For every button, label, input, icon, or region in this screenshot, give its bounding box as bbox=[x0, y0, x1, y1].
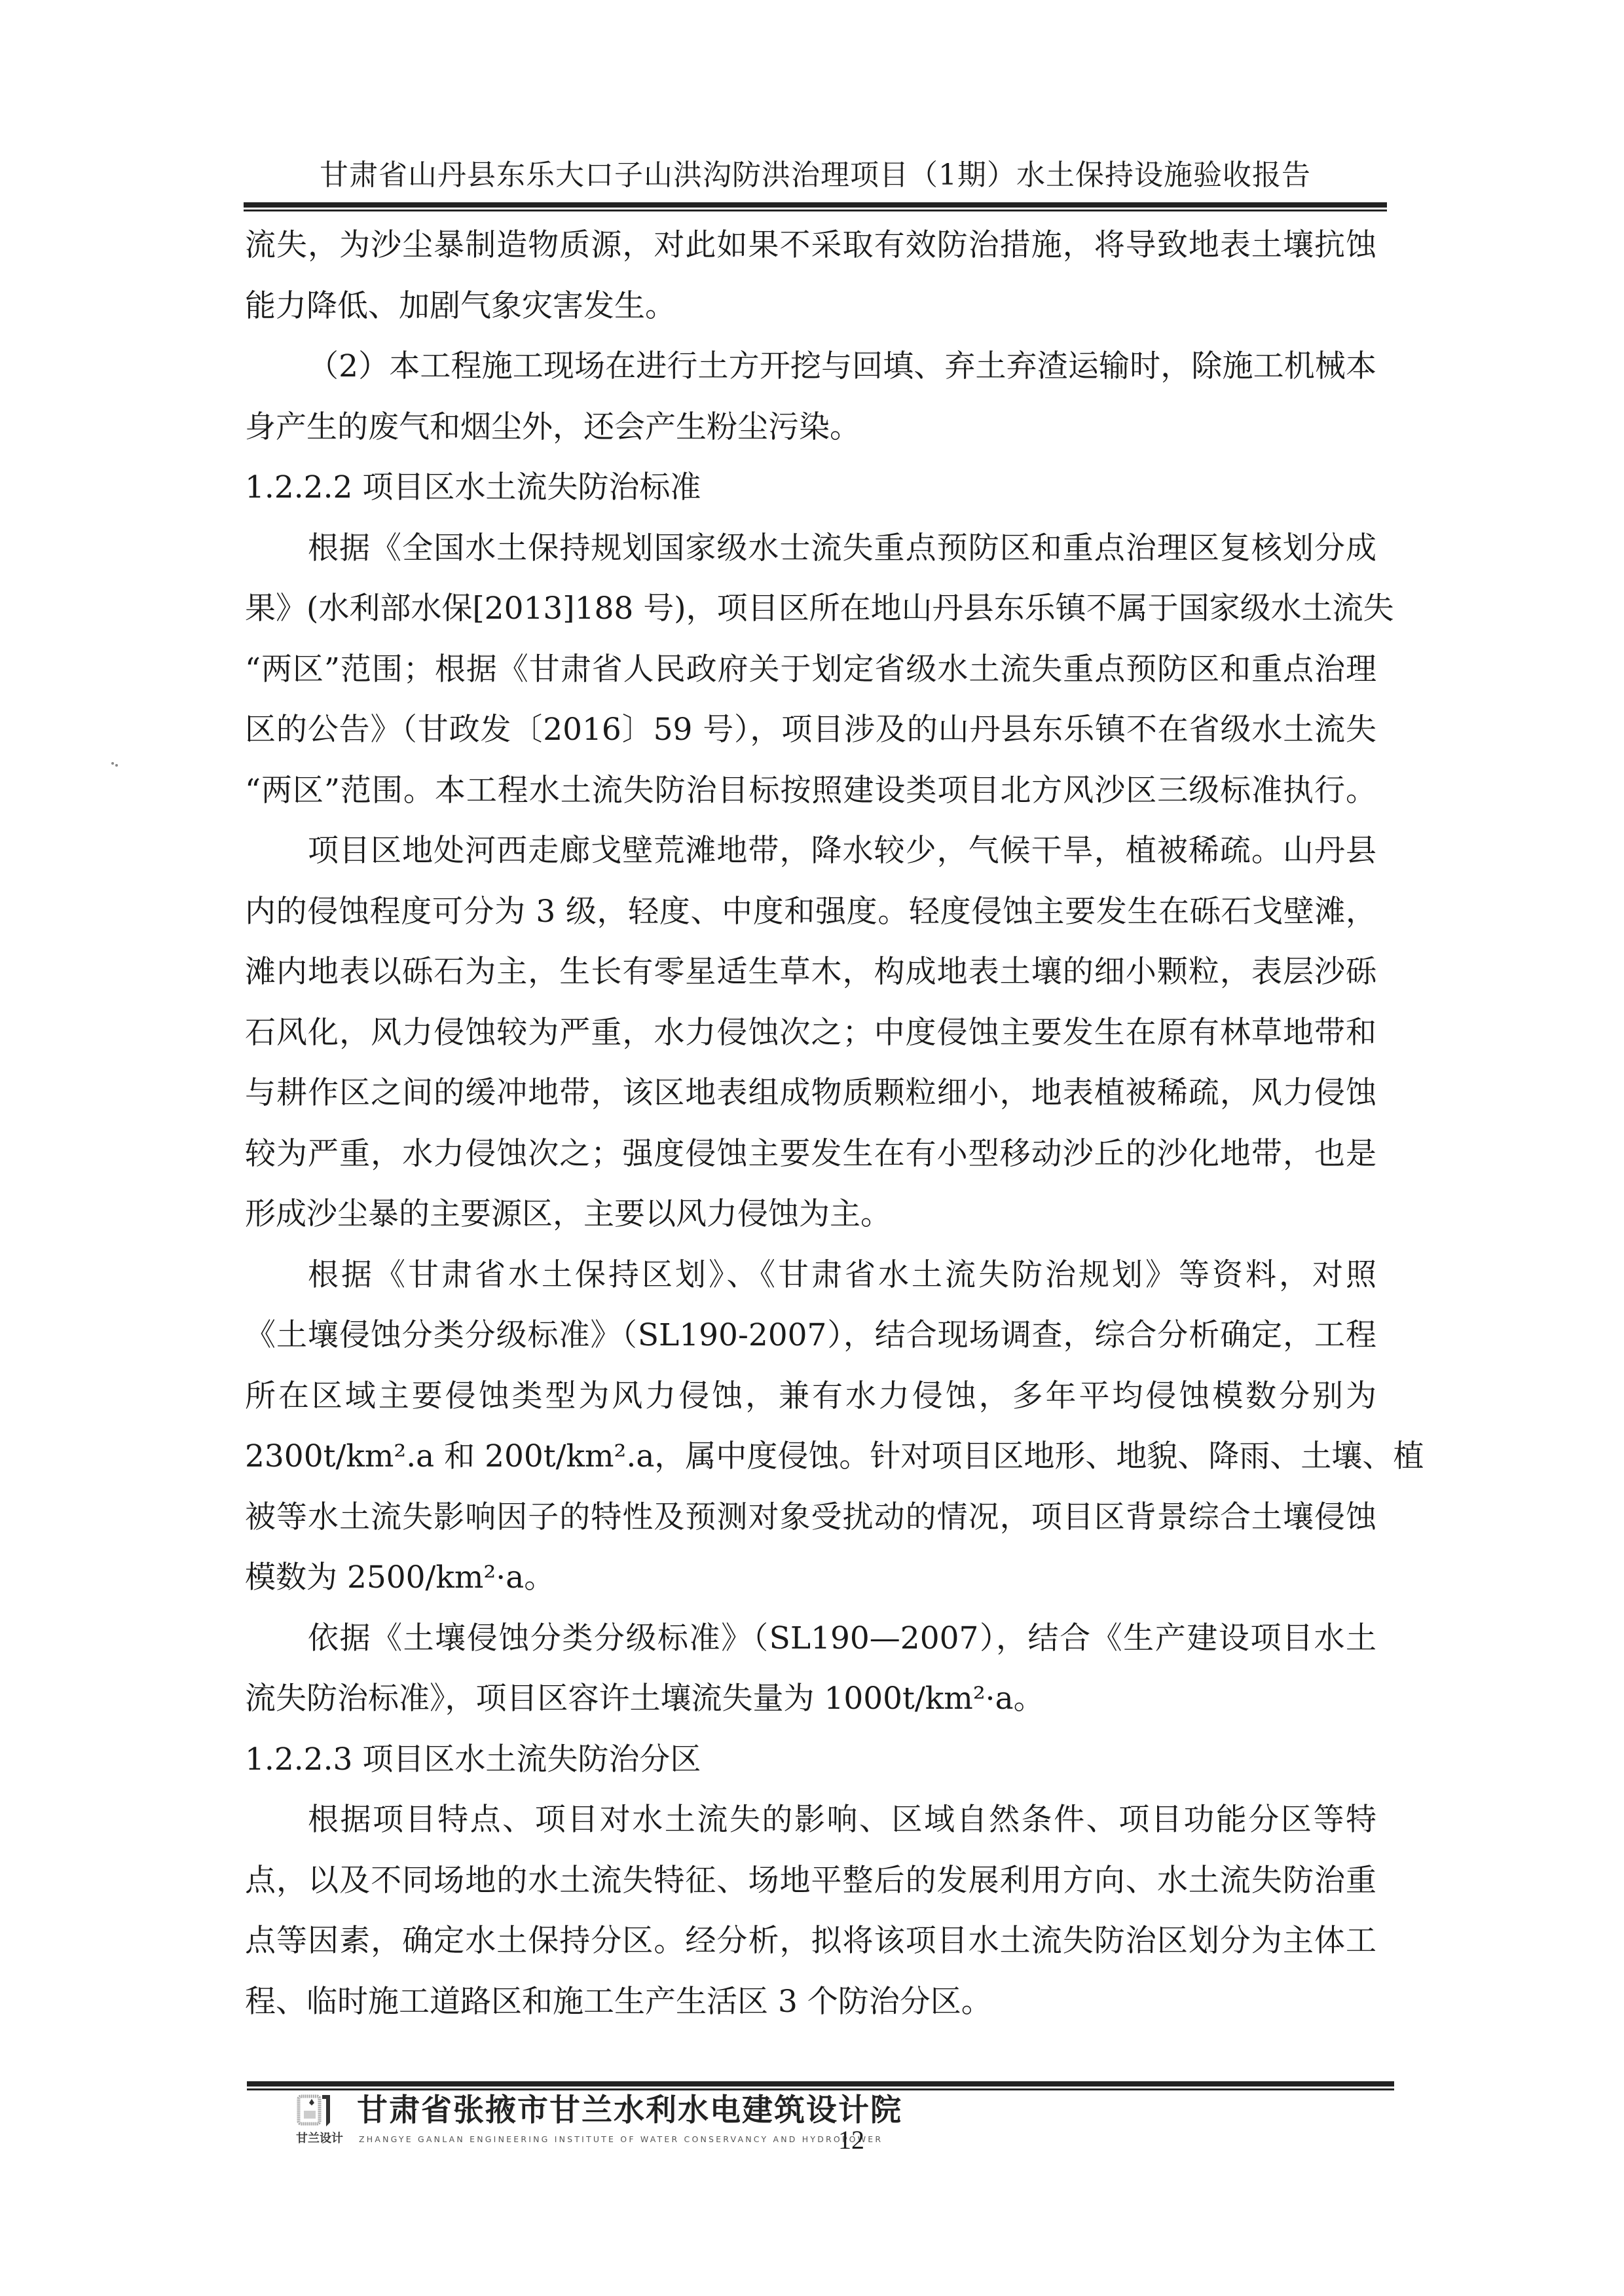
scan-speck bbox=[111, 762, 114, 765]
paragraph-line: 依据《土壤侵蚀分类分级标准》（SL190—2007），结合《生产建设项目水土 bbox=[308, 1619, 1376, 1658]
page-number: 12 bbox=[838, 2124, 864, 2156]
paragraph-line: 流失，为沙尘暴制造物质源，对此如果不采取有效防治措施，将导致地表土壤抗蚀 bbox=[245, 226, 1376, 265]
paragraph-line: 能力降低、加剧气象灾害发生。 bbox=[245, 287, 1376, 326]
paragraph-line: 根据《全国水土保持规划国家级水士流失重点预防区和重点治理区复核划分成 bbox=[308, 529, 1376, 568]
scan-speck bbox=[115, 764, 118, 767]
paragraph-line: 与耕作区之间的缓冲地带，该区地表组成物质颗粒细小，地表植被稀疏，风力侵蚀 bbox=[245, 1074, 1376, 1113]
paragraph-line: 较为严重，水力侵蚀次之；强度侵蚀主要发生在有小型移动沙丘的沙化地带，也是 bbox=[245, 1135, 1376, 1174]
paragraph-line: 模数为 2500/km²·a。 bbox=[245, 1558, 1376, 1597]
paragraph-line: 程、临时施工道路区和施工生产生活区 3 个防治分区。 bbox=[245, 1982, 1376, 2022]
paragraph-line: 身产生的废气和烟尘外，还会产生粉尘污染。 bbox=[245, 408, 1376, 447]
header-rule-thick bbox=[244, 202, 1387, 208]
paragraph-line: 2300t/km².a 和 200t/km².a，属中度侵蚀。针对项目区地形、地… bbox=[245, 1437, 1376, 1476]
section-heading-1-2-2-3: 1.2.2.3 项目区水土流失防治分区 bbox=[245, 1740, 1376, 1779]
paragraph-line: 滩内地表以砾石为主，生长有零星适生草木，构成地表土壤的细小颗粒，表层沙砾 bbox=[245, 953, 1376, 992]
organization-name: 甘肃省张掖市甘兰水利水电建筑设计院 bbox=[357, 2092, 902, 2129]
organization-name-english: ZHANGYE GANLAN ENGINEERING INSTITUTE OF … bbox=[359, 2133, 832, 2146]
footer-rule-thick bbox=[247, 2081, 1394, 2086]
paragraph-line: 《土壤侵蚀分类分级标准》（SL190-2007），结合现场调查，综合分析确定，工… bbox=[245, 1316, 1376, 1355]
paragraph-line: 流失防治标准》，项目区容许土壤流失量为 1000t/km²·a。 bbox=[245, 1679, 1376, 1719]
footer-rule-thin bbox=[247, 2088, 1394, 2090]
report-header-title: 甘肃省山丹县东乐大口子山洪沟防洪治理项目（1期）水土保持设施验收报告 bbox=[244, 156, 1387, 195]
paragraph-line: 果》(水利部水保[2013]188 号)，项目区所在地山丹县东乐镇不属于国家级水… bbox=[245, 589, 1376, 629]
gl-logo-icon bbox=[296, 2094, 339, 2128]
paragraph-line: 根据《甘肃省水土保持区划》、《甘肃省水土流失防治规划》等资料，对照 bbox=[308, 1256, 1376, 1295]
paragraph-line: “两区”范围；根据《甘肃省人民政府关于划定省级水土流失重点预防区和重点治理 bbox=[245, 650, 1376, 689]
paragraph-line: 点等因素，确定水土保持分区。经分析，拟将该项目水土流失防治区划分为主体工 bbox=[245, 1922, 1376, 1961]
paragraph-line: （2）本工程施工现场在进行土方开挖与回填、弃土弃渣运输时，除施工机械本 bbox=[308, 347, 1376, 386]
header-rule-thin bbox=[244, 210, 1387, 211]
paragraph-line: 区的公告》（甘政发〔2016〕59 号），项目涉及的山丹县东乐镇不在省级水土流失 bbox=[245, 710, 1376, 750]
paragraph-line: “两区”范围。本工程水土流失防治目标按照建设类项目北方风沙区三级标准执行。 bbox=[245, 771, 1376, 811]
logo-caption: 甘兰设计 bbox=[293, 2131, 346, 2147]
paragraph-line: 内的侵蚀程度可分为 3 级，轻度、中度和强度。轻度侵蚀主要发生在砾石戈壁滩， bbox=[245, 892, 1376, 932]
paragraph-line: 被等水土流失影响因子的特性及预测对象受扰动的情况，项目区背景综合土壤侵蚀 bbox=[245, 1498, 1376, 1537]
paragraph-line: 根据项目特点、项目对水土流失的影响、区域自然条件、项目功能分区等特 bbox=[308, 1800, 1376, 1840]
paragraph-line: 石风化，风力侵蚀较为严重，水力侵蚀次之；中度侵蚀主要发生在原有林草地带和 bbox=[245, 1013, 1376, 1053]
paragraph-line: 所在区域主要侵蚀类型为风力侵蚀，兼有水力侵蚀，多年平均侵蚀模数分别为 bbox=[245, 1377, 1376, 1416]
paragraph-line: 形成沙尘暴的主要源区，主要以风力侵蚀为主。 bbox=[245, 1195, 1376, 1234]
paragraph-line: 点，以及不同场地的水土流失特征、场地平整后的发展利用方向、水土流失防治重 bbox=[245, 1861, 1376, 1901]
section-heading-1-2-2-2: 1.2.2.2 项目区水土流失防治标准 bbox=[245, 468, 1376, 507]
paragraph-line: 项目区地处河西走廊戈壁荒滩地带，降水较少，气候干旱，植被稀疏。山丹县 bbox=[308, 831, 1376, 871]
